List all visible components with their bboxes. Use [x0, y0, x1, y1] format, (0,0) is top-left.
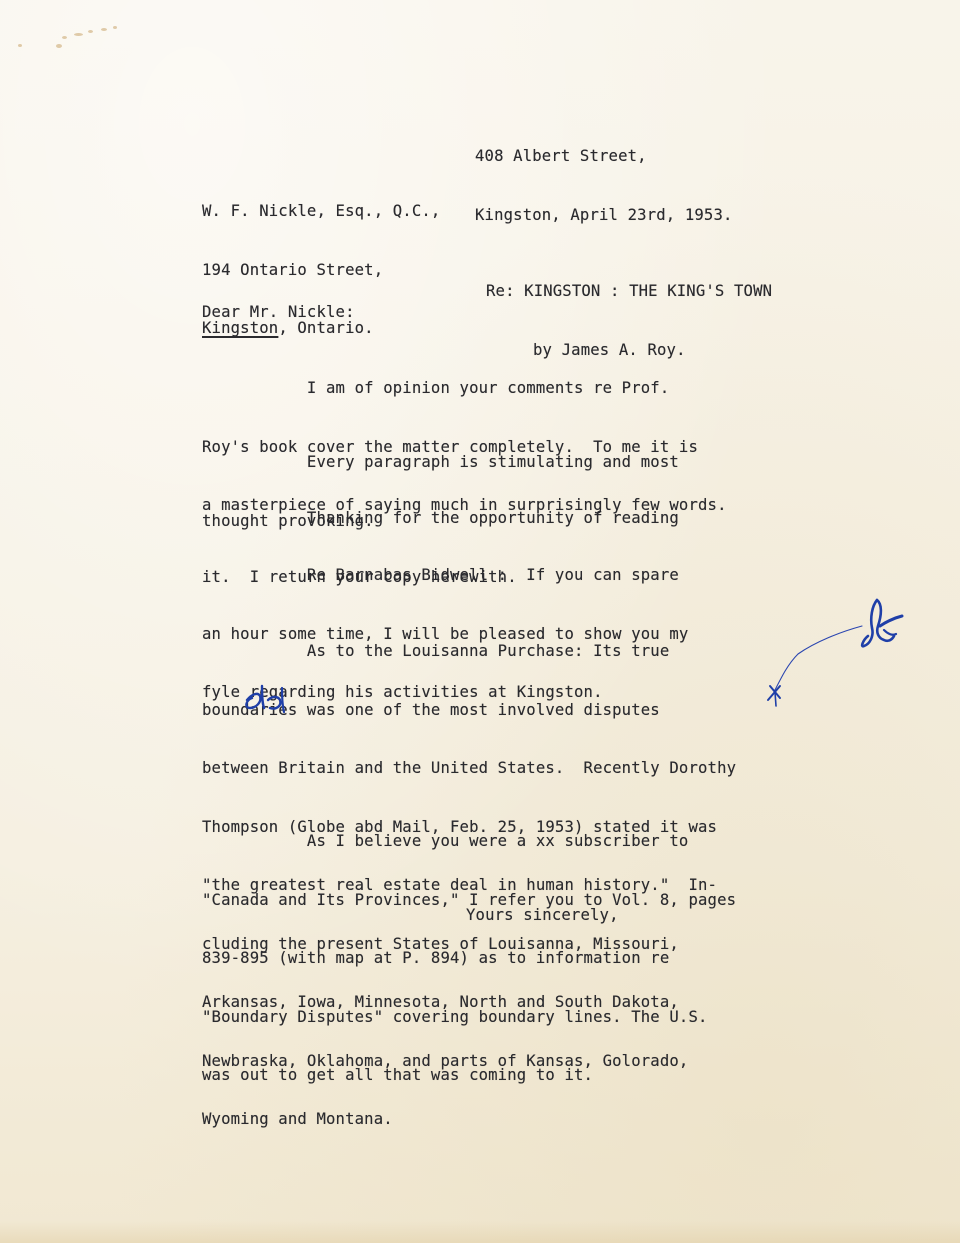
text-line: I am of opinion your comments re Prof.	[202, 379, 727, 399]
text-line: Re Barnabas Bidwell : If you can spare	[202, 566, 688, 586]
sender-address-line1: 408 Albert Street,	[475, 147, 733, 167]
text-line: 839-895 (with map at P. 894) as to infor…	[202, 949, 736, 969]
text-line: was out to get all that was coming to it…	[202, 1066, 736, 1086]
recipient-street: 194 Ontario Street,	[202, 261, 440, 281]
recipient-name: W. F. Nickle, Esq., Q.C.,	[202, 202, 440, 222]
body-paragraph-6: As I believe you were a xx subscriber to…	[202, 793, 736, 1105]
closing: Yours sincerely,	[466, 906, 619, 926]
sender-address: 408 Albert Street, Kingston, April 23rd,…	[475, 108, 733, 245]
text-line: "Boundary Disputes" covering boundary li…	[202, 1008, 736, 1028]
text-line: boundaries was one of the most involved …	[202, 701, 736, 721]
text-line: Wyoming and Montana.	[202, 1110, 736, 1130]
text-line: Thanking for the opportunity of reading	[202, 509, 679, 529]
subject-title: Re: KINGSTON : THE KING'S TOWN	[486, 282, 772, 302]
text-line: As to the Louisanna Purchase: Its true	[202, 642, 736, 662]
text-line: between Britain and the United States. R…	[202, 759, 736, 779]
salutation: Dear Mr. Nickle:	[202, 303, 355, 323]
text-line: As I believe you were a xx subscriber to	[202, 832, 736, 852]
recipient-address: W. F. Nickle, Esq., Q.C., 194 Ontario St…	[202, 163, 440, 358]
paper-edge-shadow	[0, 1221, 960, 1243]
sender-address-date-line: Kingston, April 23rd, 1953.	[475, 206, 733, 226]
